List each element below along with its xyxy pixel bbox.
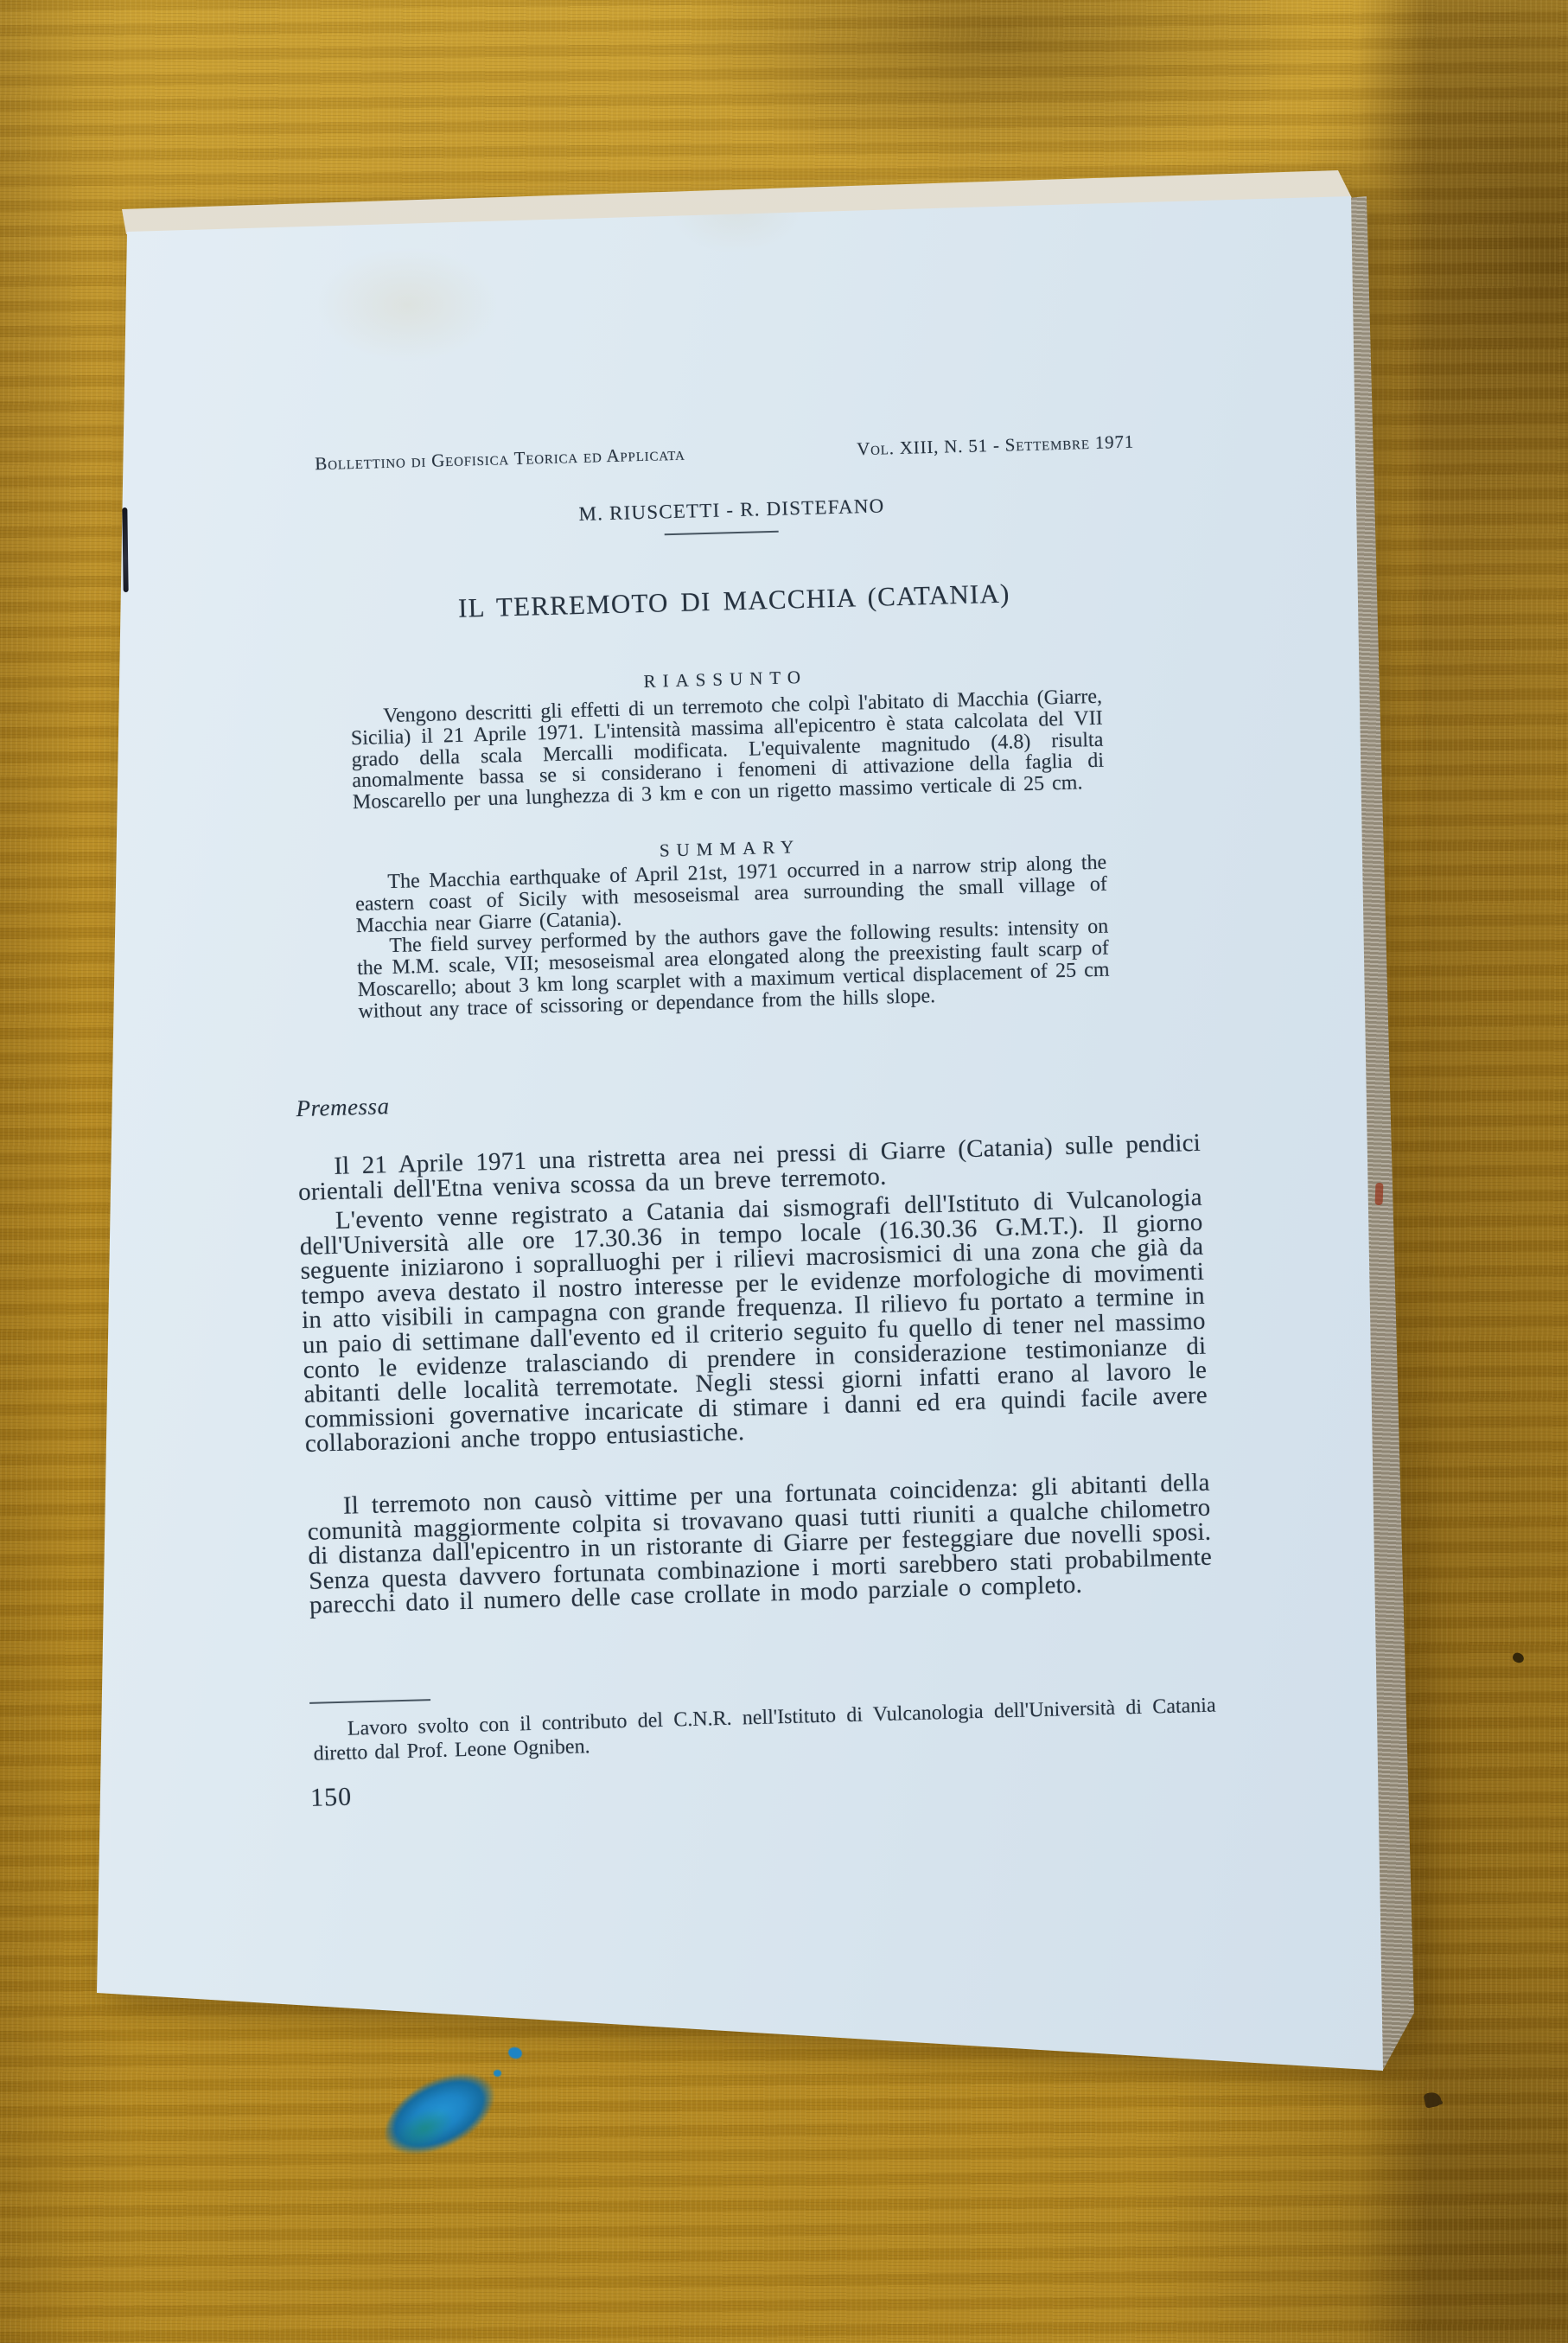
authors-divider-rule [665, 531, 779, 536]
journal-masthead: Bollettino di Geofisica Teorica ed Appli… [315, 444, 685, 476]
blue-paint-dot [494, 2070, 501, 2077]
journal-header-row: Bollettino di Geofisica Teorica ed Appli… [315, 431, 1134, 476]
body-paragraph: L'evento venne registrato a Catania dai … [299, 1185, 1208, 1457]
paragraph-text: L'evento venne registrato a Catania dai … [299, 1185, 1208, 1457]
authors-line: M. RIUSCETTI - R. DISTEFANO [280, 487, 1183, 533]
summary-paragraph: The field survey performed by the author… [356, 916, 1110, 1023]
footnote-text: Lavoro svolto con il contributo del C.N.… [313, 1694, 1217, 1766]
riassunto-abstract: Vengono descritti gli effetti di un terr… [350, 686, 1105, 814]
paragraph-text: Il terremoto non causò vittime per una f… [307, 1471, 1213, 1618]
photo-scene: Bollettino di Geofisica Teorica ed Appli… [0, 0, 1568, 2343]
riassunto-text: Vengono descritti gli effetti di un terr… [350, 686, 1105, 814]
journal-issue: Vol. XIII, N. 51 - Settembre 1971 [857, 431, 1135, 461]
page-number: 150 [310, 1783, 353, 1813]
article-title: IL TERREMOTO DI MACCHIA (CATANIA) [283, 573, 1187, 629]
section-heading-premessa: Premessa [296, 1093, 390, 1122]
paper-stack: Bollettino di Geofisica Teorica ed Appli… [0, 0, 1568, 2343]
footnote-block: Lavoro svolto con il contributo del C.N.… [313, 1694, 1217, 1766]
body-paragraph: Il terremoto non causò vittime per una f… [307, 1471, 1213, 1618]
summary-abstract: The Macchia earthquake of April 21st, 19… [354, 852, 1110, 1023]
page-content: Bollettino di Geofisica Teorica ed Appli… [127, 197, 1440, 2072]
footnote-rule [309, 1699, 430, 1704]
